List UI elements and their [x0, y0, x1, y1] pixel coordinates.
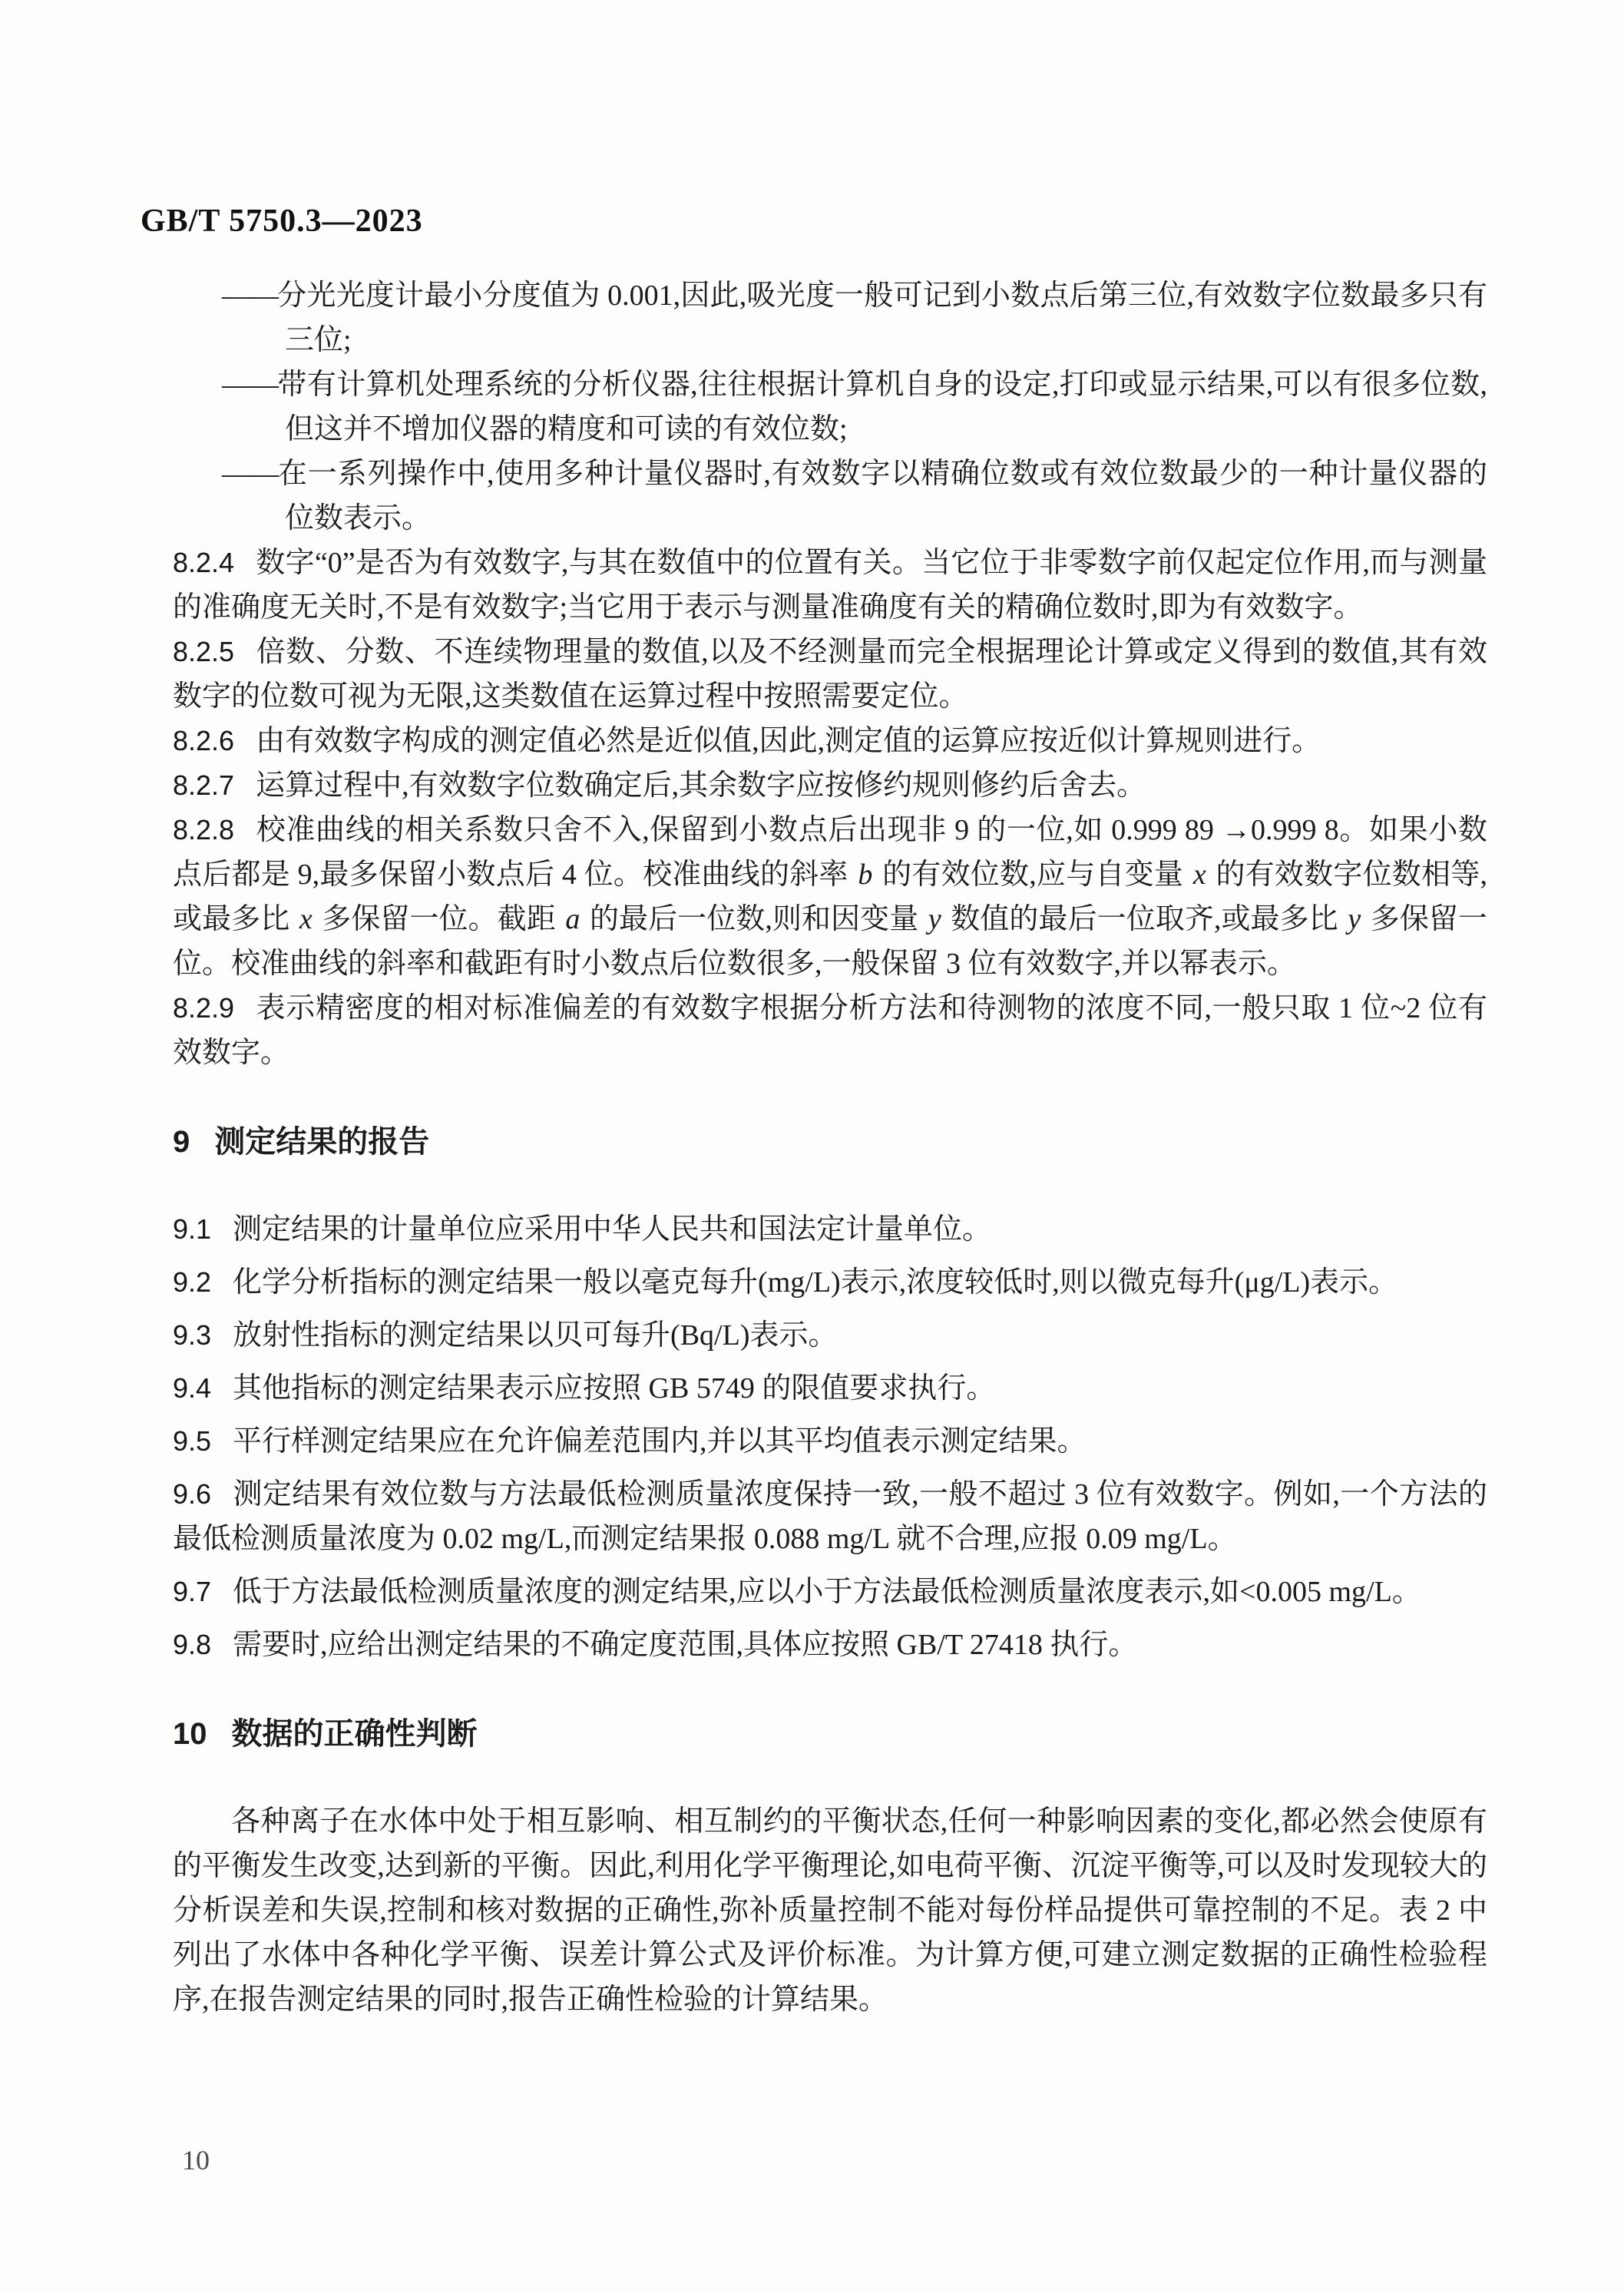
clause-8-2-9: 8.2.9表示精密度的相对标准偏差的有效数字根据分析方法和待测物的浓度不同,一般…: [173, 986, 1487, 1075]
clause-9-3: 9.3放射性指标的测定结果以贝可每升(Bq/L)表示。: [173, 1313, 1487, 1358]
clause-9-1: 9.1测定结果的计量单位应采用中华人民共和国法定计量单位。: [173, 1207, 1487, 1252]
clause-text: 放射性指标的测定结果以贝可每升(Bq/L)表示。: [233, 1319, 837, 1352]
list-item: ——在一系列操作中,使用多种计量仪器时,有效数字以精确位数或有效位数最少的一种计…: [222, 452, 1487, 541]
clause-8-2-6: 8.2.6由有效数字构成的测定值必然是近似值,因此,测定值的运算应按近似计算规则…: [173, 719, 1487, 763]
section-10-paragraph: 各种离子在水体中处于相互影响、相互制约的平衡状态,任何一种影响因素的变化,都必然…: [173, 1799, 1487, 2022]
clause-text: 数字“0”是否为有效数字,与其在数值中的位置有关。当它位于非零数字前仅起定位作用…: [173, 547, 1487, 624]
variable-b: b: [855, 859, 875, 891]
clause-number: 8.2.7: [173, 769, 234, 801]
dash-marker: ——: [222, 280, 277, 312]
clause-text: 平行样测定结果应在允许偏差范围内,并以其平均值表示测定结果。: [233, 1425, 1087, 1458]
clause-9-5: 9.5平行样测定结果应在允许偏差范围内,并以其平均值表示测定结果。: [173, 1419, 1487, 1464]
clause-8-2-4: 8.2.4数字“0”是否为有效数字,与其在数值中的位置有关。当它位于非零数字前仅…: [173, 541, 1487, 630]
section-title: 测定结果的报告: [214, 1125, 429, 1159]
clause-number: 9.7: [173, 1576, 211, 1607]
section-9-heading: 9测定结果的报告: [173, 1120, 1487, 1164]
clause-number: 9.8: [173, 1629, 211, 1660]
dash-marker: ——: [222, 458, 277, 490]
clause-number: 9.4: [173, 1372, 211, 1404]
clause-text: 需要时,应给出测定结果的不确定度范围,具体应按照 GB/T 27418 执行。: [233, 1629, 1137, 1661]
clause-9-4: 9.4其他指标的测定结果表示应按照 GB 5749 的限值要求执行。: [173, 1366, 1487, 1411]
clause-number: 8.2.5: [173, 636, 234, 667]
section-number: 10: [173, 1717, 207, 1751]
variable-y: y: [926, 903, 944, 935]
clause-8-2-7: 8.2.7运算过程中,有效数字位数确定后,其余数字应按修约规则修约后舍去。: [173, 763, 1487, 808]
variable-x: x: [1191, 859, 1209, 891]
variable-a: a: [563, 903, 582, 935]
list-item-text: 带有计算机处理系统的分析仪器,往往根据计算机自身的设定,打印或显示结果,可以有很…: [277, 369, 1487, 445]
clause-number: 8.2.6: [173, 725, 234, 756]
clause-8-2-5: 8.2.5倍数、分数、不连续物理量的数值,以及不经测量而完全根据理论计算或定义得…: [173, 630, 1487, 719]
clause-9-2: 9.2化学分析指标的测定结果一般以毫克每升(mg/L)表示,浓度较低时,则以微克…: [173, 1260, 1487, 1305]
section-title: 数据的正确性判断: [232, 1717, 478, 1751]
document-page: GB/T 5750.3—2023 ——分光光度计最小分度值为 0.001,因此,…: [0, 0, 1624, 2293]
list-item-text: 在一系列操作中,使用多种计量仪器时,有效数字以精确位数或有效位数最少的一种计量仪…: [277, 458, 1487, 534]
clause-text: 数值的最后一位取齐,或最多比: [944, 903, 1346, 935]
clause-text: 测定结果的计量单位应采用中华人民共和国法定计量单位。: [233, 1213, 991, 1246]
clause-number: 9.2: [173, 1266, 211, 1298]
clause-text: 的有效位数,应与自变量: [875, 859, 1190, 891]
page-content: ——分光光度计最小分度值为 0.001,因此,吸光度一般可记到小数点后第三位,有…: [173, 273, 1487, 2022]
clause-text: 的最后一位数,则和因变量: [582, 903, 925, 935]
clause-text: 多保留一位。截距: [315, 903, 564, 935]
list-item: ——分光光度计最小分度值为 0.001,因此,吸光度一般可记到小数点后第三位,有…: [222, 273, 1487, 362]
clause-text: 倍数、分数、不连续物理量的数值,以及不经测量而完全根据理论计算或定义得到的数值,…: [173, 636, 1487, 713]
page-number: 10: [182, 2144, 210, 2176]
clause-9-8: 9.8需要时,应给出测定结果的不确定度范围,具体应按照 GB/T 27418 执…: [173, 1623, 1487, 1667]
clause-text: 化学分析指标的测定结果一般以毫克每升(mg/L)表示,浓度较低时,则以微克每升(…: [233, 1266, 1397, 1299]
clause-text: 表示精密度的相对标准偏差的有效数字根据分析方法和待测物的浓度不同,一般只取 1 …: [173, 992, 1487, 1069]
clause-text: 运算过程中,有效数字位数确定后,其余数字应按修约规则修约后舍去。: [256, 769, 1146, 802]
variable-x: x: [297, 903, 315, 935]
clause-number: 8.2.4: [173, 547, 234, 578]
section-number: 9: [173, 1125, 190, 1159]
clause-text: 其他指标的测定结果表示应按照 GB 5749 的限值要求执行。: [233, 1372, 995, 1405]
clause-text: 由有效数字构成的测定值必然是近似值,因此,测定值的运算应按近似计算规则进行。: [256, 725, 1321, 757]
clause-number: 9.3: [173, 1319, 211, 1351]
clause-number: 8.2.8: [173, 814, 234, 845]
clause-text: 低于方法最低检测质量浓度的测定结果,应以小于方法最低检测质量浓度表示,如<0.0…: [233, 1576, 1421, 1608]
clause-number: 9.6: [173, 1478, 211, 1510]
clause-number: 8.2.9: [173, 992, 234, 1024]
dash-marker: ——: [222, 369, 277, 401]
standard-number: GB/T 5750.3—2023: [141, 203, 423, 240]
clause-text: 测定结果有效位数与方法最低检测质量浓度保持一致,一般不超过 3 位有效数字。例如…: [173, 1478, 1487, 1555]
list-item-text: 分光光度计最小分度值为 0.001,因此,吸光度一般可记到小数点后第三位,有效数…: [277, 280, 1487, 356]
clause-8-2-8: 8.2.8校准曲线的相关系数只舍不入,保留到小数点后出现非 9 的一位,如 0.…: [173, 808, 1487, 986]
clause-9-6: 9.6测定结果有效位数与方法最低检测质量浓度保持一致,一般不超过 3 位有效数字…: [173, 1472, 1487, 1561]
clause-number: 9.5: [173, 1425, 211, 1457]
clause-9-7: 9.7低于方法最低检测质量浓度的测定结果,应以小于方法最低检测质量浓度表示,如<…: [173, 1570, 1487, 1614]
list-item: ——带有计算机处理系统的分析仪器,往往根据计算机自身的设定,打印或显示结果,可以…: [222, 362, 1487, 452]
section-10-heading: 10数据的正确性判断: [173, 1712, 1487, 1756]
variable-y: y: [1345, 903, 1363, 935]
clause-number: 9.1: [173, 1213, 211, 1245]
